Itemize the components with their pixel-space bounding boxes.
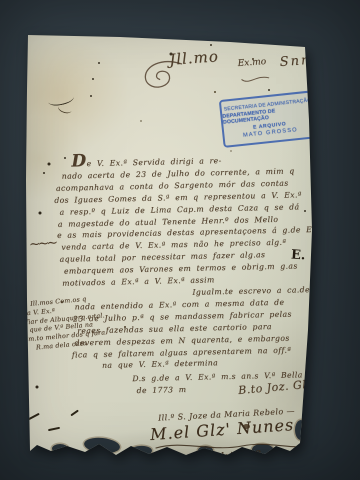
manuscript-paper: Jll.mo Ex.mo Snr. SECRETARIA DE ADMINIST…	[0, 0, 360, 480]
manuscript-line: a magestade do atual Tenente Henr.º dos …	[58, 213, 305, 231]
date-line: D.s g.de a V. Ex.ª m.s an.s V.ª Bella em…	[132, 369, 308, 385]
torn-edge-blotch	[128, 445, 153, 458]
addressee-line: Ill.º S. Joze da Maria Rebelo —	[158, 406, 295, 422]
manuscript-line: fica q se faltarem alguas apresentarem n…	[72, 344, 308, 361]
manuscript-line: embarquem aos Varones em termos e obrig.…	[64, 260, 306, 277]
signature-rubric: B.to Joz. Glz Guim.	[238, 374, 353, 397]
signature-main: M.el Glz' Nunes	[150, 415, 295, 444]
torn-edge-blotch	[83, 436, 120, 455]
ink-dash	[26, 413, 39, 421]
manuscript-line: na que V. Ex.ª determina	[102, 356, 308, 373]
photo-background: Jll.mo Ex.mo Snr. SECRETARIA DE ADMINIST…	[0, 0, 360, 480]
salutation-word: Ex.mo	[237, 57, 266, 69]
manuscript-line: De V. Ex.ª Servida dirigi a re-	[71, 151, 303, 170]
stamp-line: MATO GROSSO	[243, 127, 298, 139]
foxing-specks	[0, 0, 2, 2]
ink-dash	[70, 410, 78, 416]
manuscript-line: Igualm.te escrevo a ca.de	[192, 284, 306, 298]
salutation-word: Jll.mo	[169, 47, 220, 68]
archive-stamp: SECRETARIA DE ADMINISTRAÇÃO DEPARTAMENTO…	[219, 90, 319, 148]
torn-edge-blotch	[198, 446, 213, 455]
torn-edge-blotch	[252, 443, 275, 457]
margin-note-line: R.ma dela caza	[36, 335, 146, 353]
manuscript-line: aquella total por necessitar mas fazer a…	[59, 248, 305, 265]
manuscript-line: nado acerta de 23 de Julho do corrente, …	[62, 165, 304, 182]
margin-note-line: m.to melhor dos q fara	[28, 326, 145, 345]
manuscript-line: acompanhava a conta do Sargento mór das …	[56, 177, 304, 195]
stamp-line: SECRETARIA DE ADMINISTRAÇÃO	[224, 97, 312, 112]
manuscript-line: e as mais providencias destas apresentaç…	[57, 225, 305, 243]
squiggle-ink-mark: ~~~	[28, 235, 55, 253]
salutation-heading: Jll.mo Ex.mo Snr.	[141, 39, 334, 96]
stain-curl-mark	[47, 91, 75, 107]
torn-edge-blotch	[52, 444, 68, 453]
stain-curl-mark	[57, 102, 73, 115]
manuscript-line: dos Iguaes Gomes da S.ª em q representou…	[54, 189, 304, 207]
letter-body: De V. Ex.ª Servida dirigi a re- nado ace…	[53, 151, 308, 399]
ink-blot	[243, 424, 250, 429]
margin-note: Ill.mos Com.os q a V. Ex.ª fiar de Albuq…	[24, 291, 146, 354]
margin-note-line: que de V.ª Bella na	[29, 317, 144, 336]
manuscript-line: venda carta de V. Ex.ª mas não he precis…	[61, 237, 305, 254]
pen-flourish-icon	[240, 72, 271, 86]
salutation-word: Snr.	[279, 53, 314, 70]
signature-secondary: Fran.co Alz' de S.a Doria	[167, 447, 306, 465]
margin-note-line: Ill.mos Com.os q	[30, 291, 142, 310]
signature-flourish-icon	[152, 438, 322, 454]
manuscript-line: nada entendido a Ex.ª com a mesma data d…	[75, 296, 307, 313]
manuscript-line: motivados a Ex.ª a V. Ex.ª assim	[62, 272, 306, 289]
manuscript-line: reaes fazendas sua ella este cartorio pa…	[77, 320, 307, 337]
bold-e-ink-mark: E.	[290, 248, 305, 264]
margin-note-line: a V. Ex.ª	[27, 300, 143, 319]
date-line: de 1773 m	[136, 381, 308, 397]
stamp-line: E ARQUIVO	[253, 121, 287, 130]
torn-edge-blotch	[295, 420, 307, 440]
ink-dash	[48, 427, 60, 431]
manuscript-line: deverem despezas em N quarenta, e embarg…	[74, 332, 307, 349]
manuscript-line: a resp.º q Luiz de Lima Cap.m desta Caza…	[59, 201, 304, 218]
margin-note-line: fiar de Albuquerq.e tal.	[25, 308, 143, 327]
paper-shadow: Jll.mo Ex.mo Snr. SECRETARIA DE ADMINIST…	[0, 0, 360, 480]
spiral-flourish-icon	[141, 58, 187, 93]
stamp-line: DEPARTAMENTO DE DOCUMENTAÇÃO	[222, 104, 315, 126]
manuscript-line: 23 de Julho p.ª q se mandassem fabricar …	[73, 308, 307, 325]
